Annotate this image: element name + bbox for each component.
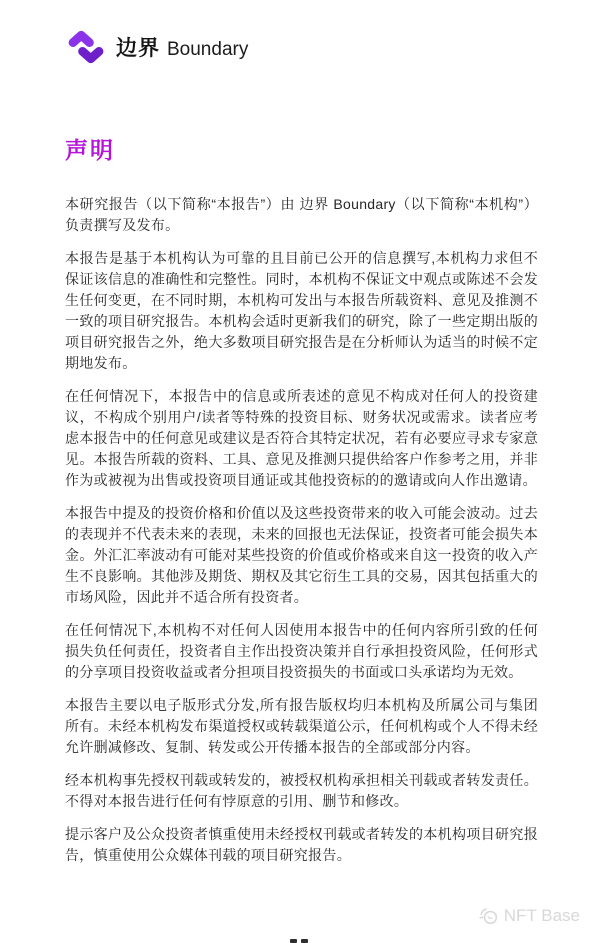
page-number-fragment <box>290 939 297 943</box>
logo-en-label: Boundary <box>167 39 248 61</box>
disclaimer-paragraph: 本报告中提及的投资价格和价值以及这些投资带来的收入可能会波动。过去的表现并不代表… <box>65 503 538 608</box>
report-disclaimer-page: 边界 Boundary 声明 本研究报告（以下简称“本报告”）由 边界 Boun… <box>0 0 600 943</box>
watermark: NFT Base <box>478 905 580 926</box>
disclaimer-paragraph: 本研究报告（以下简称“本报告”）由 边界 Boundary（以下简称“本机构”）… <box>65 194 538 236</box>
disclaimer-paragraph: 在任何情况下，本报告中的信息或所表述的意见不构成对任何人的投资建议，不构成个别用… <box>65 386 538 491</box>
watermark-label: NFT Base <box>504 906 580 926</box>
page-number-clipped <box>290 939 308 943</box>
disclaimer-paragraph: 本报告是基于本机构认为可靠的且目前已公开的信息撰写,本机构力求但不保证该信息的准… <box>65 248 538 374</box>
megaphone-icon <box>478 905 499 926</box>
disclaimer-document: 声明 本研究报告（以下简称“本报告”）由 边界 Boundary（以下简称“本机… <box>65 132 538 878</box>
disclaimer-paragraph: 经本机构事先授权刊载或转发的，被授权机构承担相关刊载或者转发责任。不得对本报告进… <box>65 770 538 812</box>
disclaimer-paragraph: 在任何情况下,本机构不对任何人因使用本报告中的任何内容所引致的任何损失负任何责任… <box>65 620 538 683</box>
boundary-logo-icon <box>66 29 106 65</box>
boundary-logo: 边界 Boundary <box>66 29 248 65</box>
logo-zh-label: 边界 <box>116 32 160 62</box>
logo-text: 边界 Boundary <box>116 32 248 62</box>
disclaimer-paragraph: 本报告主要以电子版形式分发,所有报告版权均归本机构及所属公司与集团所有。未经本机… <box>65 695 538 758</box>
disclaimer-paragraph: 提示客户及公众投资者慎重使用未经授权刊载或者转发的本机构项目研究报告，慎重使用公… <box>65 824 538 866</box>
page-title: 声明 <box>65 132 538 165</box>
page-number-fragment <box>301 939 308 943</box>
